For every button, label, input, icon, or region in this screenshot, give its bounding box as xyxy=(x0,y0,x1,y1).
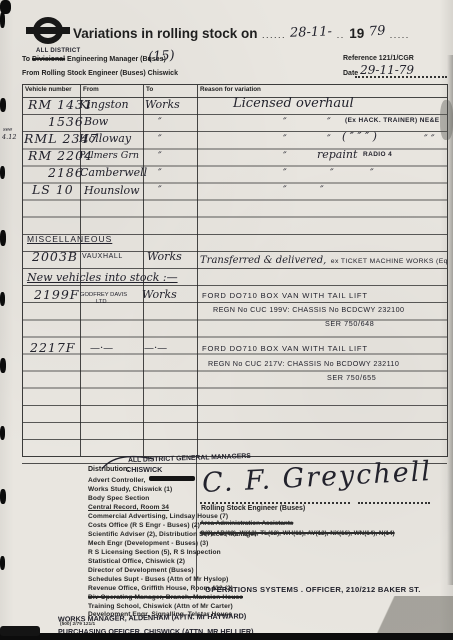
distribution-item: Commercial Advertising, Lindsay House (7… xyxy=(88,513,228,520)
row8-to: Works xyxy=(142,288,177,301)
scan-artifact xyxy=(0,426,5,440)
row3-note: ( ″ ″ ″ ) xyxy=(342,130,377,143)
row4-ditto-1: ″ xyxy=(283,151,287,162)
redacted-smudge xyxy=(149,476,195,481)
scanned-document-page: Variations in rolling stock on ...... 28… xyxy=(0,0,453,640)
scan-smudge xyxy=(440,100,453,140)
row5-vehicle: 2186 xyxy=(48,165,84,180)
margin-note-number: 4.12 xyxy=(2,133,16,141)
title-dots-3: ..... xyxy=(390,30,410,40)
row6-ditto-2: ″ xyxy=(320,185,324,196)
row1-to: Works xyxy=(145,98,180,111)
row4-from: Palmers Grn xyxy=(79,150,139,161)
row1-from: Kingston xyxy=(79,98,129,111)
distribution-item: Advert Controller, xyxy=(88,477,195,484)
distribution-item: Works Study, Chiswick (1) xyxy=(88,486,172,493)
row5-ditto-3: ″ xyxy=(370,168,374,179)
date-dotted-line xyxy=(355,75,447,78)
row2-to-ditto: ″ xyxy=(158,117,162,128)
signatory-role: Rolling Stock Engineer (Buses) xyxy=(201,505,305,512)
distribution-item: R S Licensing Section (5), R S Inspectio… xyxy=(88,549,221,556)
col-header-from: From xyxy=(83,86,99,93)
row7-reason-caps: ex TICKET MACHINE WORKS (Eq xyxy=(331,258,448,265)
row9-from-ditto: —·— xyxy=(90,343,113,354)
row9-to-ditto: —·— xyxy=(144,343,167,354)
col-header-reason: Reason for variation xyxy=(200,86,261,93)
distribution-item: Schedules Supt - Buses (Attn of Mr Hyslo… xyxy=(88,576,228,583)
scan-artifact xyxy=(0,358,6,373)
col-header-vehicle: Vehicle number xyxy=(25,86,72,93)
row8-vehicle: 2199F xyxy=(34,287,80,302)
scan-artifact xyxy=(0,166,5,179)
new-vehicles-heading: New vehicles into stock :— xyxy=(27,271,178,284)
distribution-item: Central Record, Room 34 xyxy=(88,504,169,511)
roundel-bar xyxy=(26,27,70,34)
row9-ser: SER 750/655 xyxy=(327,373,376,382)
row2-vehicle: 1536 xyxy=(48,114,84,129)
scan-artifact xyxy=(0,98,6,112)
row3-ditto-2: ″ xyxy=(327,134,331,145)
scan-corner-shadow xyxy=(330,596,453,636)
distribution-item: Director of Development (Buses) xyxy=(88,567,194,574)
signature-dotted-line xyxy=(200,501,350,504)
row4-repaint: repaint xyxy=(317,148,357,161)
row7-reason-script: Transferred & delivered, xyxy=(200,255,326,266)
distribution-item: Costs Office (R S Engr - Buses) (2) xyxy=(88,522,200,529)
struck-line-2: O(8), AB(12), W(12), TL(12), WH(11), AV(… xyxy=(200,530,395,537)
title-dots: ...... xyxy=(262,30,286,40)
scan-artifact xyxy=(0,292,5,306)
form-title: Variations in rolling stock on xyxy=(73,26,258,41)
scan-artifact xyxy=(0,556,5,570)
miscellaneous-heading: MISCELLANEOUS xyxy=(27,234,112,244)
distribution-item: Training School, Chiswick (Attn of Mr Ca… xyxy=(88,603,233,610)
row5-from: Camberwell xyxy=(80,166,147,179)
distribution-item: Statistical Office, Chiswick (2) xyxy=(88,558,185,565)
row3-note2: ″ ″ xyxy=(424,134,435,145)
row5-ditto-1: ″ xyxy=(283,168,287,179)
col-divider-3 xyxy=(197,85,198,456)
row2-ditto-2: ″ xyxy=(327,117,331,128)
from-line: From Rolling Stock Engineer (Buses) Chis… xyxy=(22,70,178,77)
row6-vehicle: LS 10 xyxy=(32,182,74,197)
row2-note: (Ex HACK. TRAINER) NE&E xyxy=(345,117,439,124)
struck-line-1: Area Administration Assistants xyxy=(200,520,293,527)
row5-ditto-2: ″ xyxy=(330,168,334,179)
row9-regn: REGN No CUC 217V: CHASSIS No BCDOWY 2321… xyxy=(208,359,399,368)
scan-bottom-edge xyxy=(0,633,453,640)
distribution-item-struck: Div Operating Manager, Branch, Mansion H… xyxy=(88,594,243,601)
row7-from: VAUXHALL xyxy=(82,253,123,260)
all-district-annotation: ALL DISTRICT xyxy=(36,48,81,54)
to-line: To Divisional Engineering Manager (Buses… xyxy=(22,56,166,63)
signature-dotted-line-2 xyxy=(358,501,430,504)
scan-artifact xyxy=(0,626,40,636)
handwritten-year: 79 xyxy=(368,23,386,39)
row6-to-ditto: ″ xyxy=(158,185,162,196)
copies-note: (15) xyxy=(148,48,175,64)
row8-ser: SER 750/648 xyxy=(325,319,374,328)
distribution-hw-line2: CHISWICK xyxy=(126,465,162,474)
handwritten-date: 28-11- xyxy=(290,24,332,40)
row3-to-ditto: ″ xyxy=(158,134,162,145)
row7-reason: Transferred & delivered, ex TICKET MACHI… xyxy=(200,250,448,268)
to-struck-word: Divisional xyxy=(32,56,65,63)
row8-from-line2: LTD xyxy=(96,299,107,305)
scan-artifact xyxy=(0,489,6,504)
row2-from: Bow xyxy=(84,115,108,128)
row9-reason: FORD DO710 BOX VAN WITH TAIL LIFT xyxy=(202,344,368,353)
to-label: To xyxy=(22,56,30,63)
row7-vehicle: 2003B xyxy=(32,249,78,264)
row8-regn: REGN No CUC 199V: CHASSIS No BCDCWY 2321… xyxy=(213,305,404,314)
row4-to-ditto: ″ xyxy=(158,151,162,162)
operations-systems-note: OPERATIONS SYSTEMS . OFFICER, 210/212 BA… xyxy=(205,585,421,594)
row3-ditto-1: ″ xyxy=(283,134,287,145)
row6-ditto-1: ″ xyxy=(283,185,287,196)
row5-to-ditto: ″ xyxy=(158,168,162,179)
scan-artifact xyxy=(0,230,6,246)
distribution-item-text: Advert Controller, xyxy=(88,477,146,484)
printed-year-prefix: 19 xyxy=(349,26,364,41)
col-header-to: To xyxy=(146,86,153,93)
row3-from: Holloway xyxy=(79,132,131,145)
row4-radio: RADIO 4 xyxy=(363,151,392,158)
title-dots-2: .. xyxy=(337,30,345,40)
row9-vehicle: 2217F xyxy=(30,340,76,355)
distribution-item: Mech Engr (Development - Buses) (3) xyxy=(88,540,208,547)
scan-artifact xyxy=(0,12,5,28)
row1-reason: Licensed overhaul xyxy=(233,96,354,111)
reference-number: Reference 121/1/CGR xyxy=(343,55,414,62)
row7-to: Works xyxy=(147,250,182,263)
form-title-line: Variations in rolling stock on ...... 28… xyxy=(73,25,410,43)
row8-reason: FORD DO710 BOX VAN WITH TAIL LIFT xyxy=(202,291,368,300)
row2-ditto-1: ″ xyxy=(283,117,287,128)
distribution-item: Body Spec Section xyxy=(88,495,149,502)
row8-from: GODFREY DAVIS xyxy=(80,292,127,298)
row6-from: Hounslow xyxy=(84,184,140,197)
